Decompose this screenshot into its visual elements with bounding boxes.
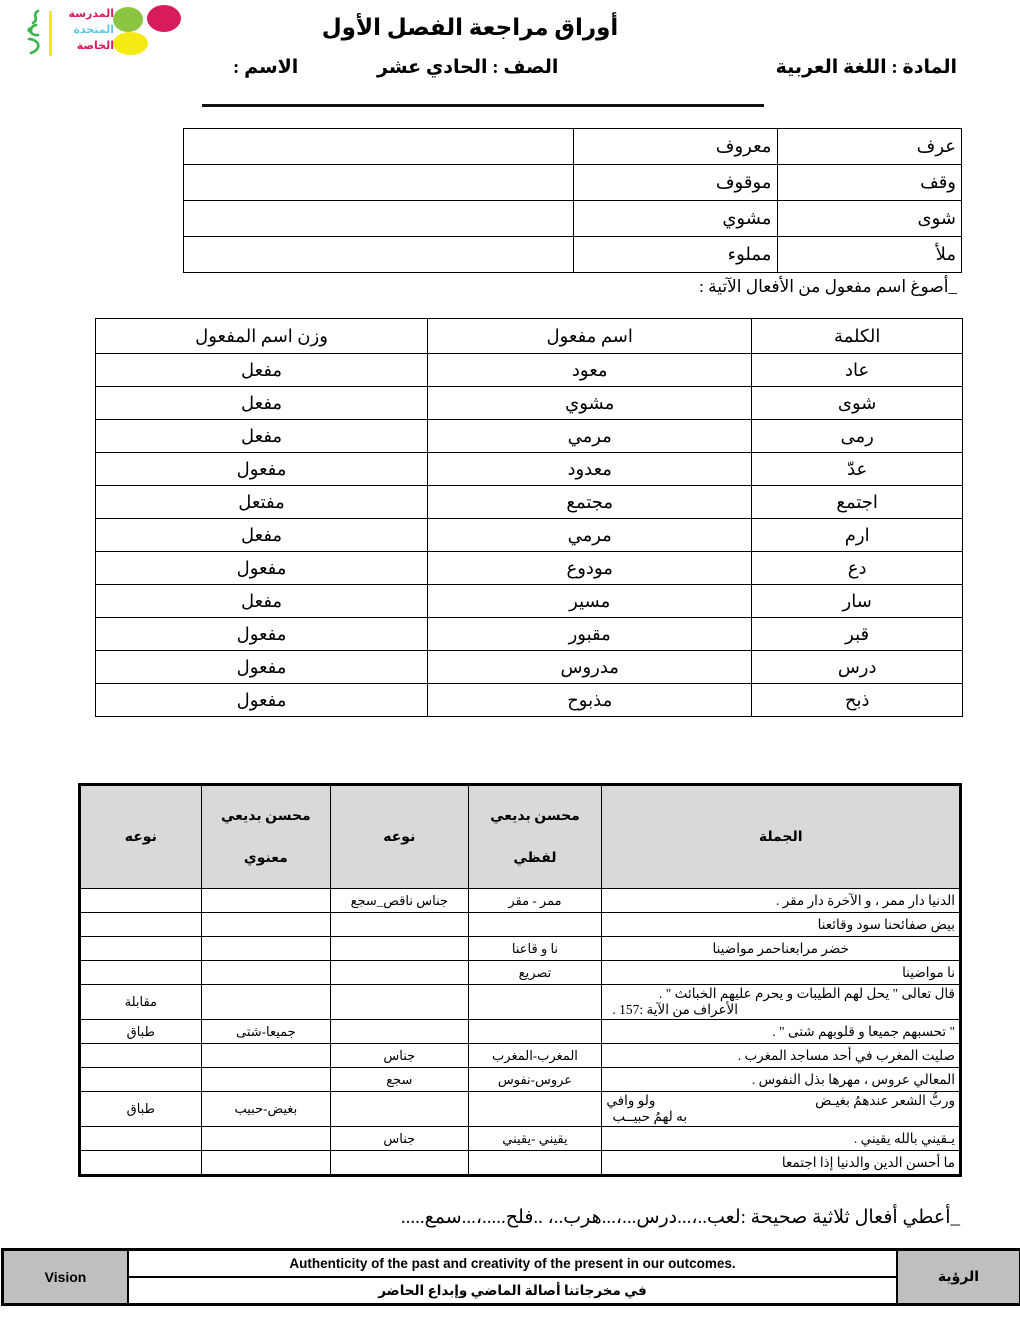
verb-participle-table-body: عرفمعروفوقفموقوفشوىمشويملأمملوء [184, 129, 962, 273]
table-header-row: الكلمةاسم مفعولوزن اسم المفعول [96, 319, 963, 354]
manawi-answer-cell [201, 1068, 331, 1092]
manawi-type-cell [80, 1127, 202, 1151]
ism-mafoul-cell: مسير [428, 585, 752, 618]
header-rule [202, 104, 764, 107]
logo-text-line: الخاصة [54, 38, 114, 54]
verb-participle-table: عرفمعروفوقفموقوفشوىمشويملأمملوء [183, 128, 962, 273]
wazn-cell: مفعول [96, 453, 428, 486]
table-row: وربُّ الشعر عندهمُ بغيـضولو وافيبه لهمُ … [80, 1092, 961, 1127]
column-header: اسم مفعول [428, 319, 752, 354]
lafzi-type-cell [331, 913, 468, 937]
sentence-cell: خضر مرابعناحمر مواضينا [602, 937, 961, 961]
sentence-cell: بيض صفائحنا سود وقائعنا [602, 913, 961, 937]
lafzi-type-cell: جناس [331, 1127, 468, 1151]
sentence-cell: يـقيني بالله يقيني . [602, 1127, 961, 1151]
lafzi-type-cell: جناس [331, 1044, 468, 1068]
worksheet-page: المدرسةالمتحدةالخاصة أوراق مراجعة الفصل … [0, 0, 1020, 1320]
manawi-type-cell [80, 937, 202, 961]
manawi-answer-cell [201, 889, 331, 913]
manawi-answer-cell [201, 1044, 331, 1068]
ism-mafoul-table-body: عادمعودمفعلشوىمشويمفعلرمىمرميمفعلعدّمعدو… [96, 354, 963, 717]
lafzi-type-cell [331, 961, 468, 985]
sentence-line1: المعالي عروس ، مهرها بذل النفوس . [606, 1072, 955, 1088]
lafzi-answer-cell [468, 1020, 602, 1044]
table-row: المعالي عروس ، مهرها بذل النفوس .عروس-نف… [80, 1068, 961, 1092]
name-label: الاسم : [233, 57, 298, 78]
rhetoric-table-body: الدنيا دار ممر ، و الآخرة دار مقر .ممر -… [80, 889, 961, 1176]
wazn-cell: مفعل [96, 387, 428, 420]
column-header: وزن اسم المفعول [96, 319, 428, 354]
vision-footer: Vision Authenticity of the past and crea… [1, 1248, 1020, 1306]
participle-cell: مملوء [573, 237, 778, 273]
sentence-line2: به لهمُ حبيــب [606, 1109, 955, 1125]
table-row: قال تعالى " يحل لهم الطيبات و يحرم عليهم… [80, 985, 961, 1020]
blank-cell [184, 165, 574, 201]
table-row: دعمودوعمفعول [96, 552, 963, 585]
manawi-type-cell [80, 889, 202, 913]
table-row: عدّمعدودمفعول [96, 453, 963, 486]
grade-label: الصف : [492, 57, 558, 78]
wazn-cell: مفعول [96, 618, 428, 651]
blank-cell [184, 201, 574, 237]
lafzi-type-cell [331, 937, 468, 961]
column-header: نوعه [331, 785, 468, 889]
sentence-cell: ما أحسن الدين والدنيا إذا اجتمعا [602, 1151, 961, 1176]
logo-text-line: المتحدة [54, 22, 114, 38]
word-cell: شوى [752, 387, 963, 420]
word-cell: درس [752, 651, 963, 684]
table-row: خضر مرابعناحمر مواضينانا و قاعنا [80, 937, 961, 961]
ism-mafoul-cell: مقبور [428, 618, 752, 651]
lafzi-answer-cell [468, 913, 602, 937]
exercise-prompt-trilateral-verbs: _أعطي أفعال ثلاثية صحيحة :لعب..،...درس..… [401, 1206, 960, 1229]
vision-statement-english: Authenticity of the past and creativity … [128, 1250, 897, 1277]
lafzi-answer-cell: يقيني -يقيني [468, 1127, 602, 1151]
sentence-line1: " تحسبهم جميعا و قلوبهم شتى " . [606, 1024, 955, 1040]
lafzi-answer-cell: المغرب-المغرب [468, 1044, 602, 1068]
logo-text: المدرسةالمتحدةالخاصة [54, 6, 114, 54]
lafzi-answer-cell [468, 1151, 602, 1176]
wazn-cell: مفعل [96, 519, 428, 552]
sentence-cell: " تحسبهم جميعا و قلوبهم شتى " . [602, 1020, 961, 1044]
sentence-line1: يـقيني بالله يقيني . [606, 1131, 955, 1147]
table-row: سارمسيرمفعل [96, 585, 963, 618]
manawi-type-cell [80, 1151, 202, 1176]
word-cell: دع [752, 552, 963, 585]
verse-first-half: وربُّ الشعر عندهمُ بغيـض [815, 1093, 955, 1109]
subject-value: اللغة العربية [776, 57, 887, 78]
ism-mafoul-cell: مرمي [428, 519, 752, 552]
sentence-cell: صليت المغرب في أحد مساجد المغرب . [602, 1044, 961, 1068]
ism-mafoul-cell: مدروس [428, 651, 752, 684]
word-cell: ذبح [752, 684, 963, 717]
ism-mafoul-cell: مذبوح [428, 684, 752, 717]
student-name-field: الاسم : [233, 56, 298, 79]
page-title: أوراق مراجعة الفصل الأول [170, 15, 770, 41]
ism-mafoul-table-head: الكلمةاسم مفعولوزن اسم المفعول [96, 319, 963, 354]
subject-field: المادة : اللغة العربية [776, 56, 957, 79]
participle-cell: موقوف [573, 165, 778, 201]
verb-cell: عرف [778, 129, 962, 165]
sentence-cell: وربُّ الشعر عندهمُ بغيـضولو وافيبه لهمُ … [602, 1092, 961, 1127]
sentence-cell: نا مواضينا [602, 961, 961, 985]
ism-mafoul-cell: معود [428, 354, 752, 387]
lafzi-type-cell [331, 1151, 468, 1176]
ism-mafoul-cell: مودوع [428, 552, 752, 585]
lafzi-answer-cell: تصريع [468, 961, 602, 985]
table-row: ارممرميمفعل [96, 519, 963, 552]
lafzi-answer-cell: ممر - مقر [468, 889, 602, 913]
manawi-answer-cell [201, 985, 331, 1020]
lafzi-answer-cell [468, 1092, 602, 1127]
manawi-answer-cell: جميعا-شتى [201, 1020, 331, 1044]
column-header: نوعه [80, 785, 202, 889]
manawi-type-cell: طباق [80, 1092, 202, 1127]
vision-label-en: Vision [3, 1250, 128, 1304]
calligraphy-mark-icon [22, 8, 48, 56]
manawi-answer-cell [201, 961, 331, 985]
sentence-cell: الدنيا دار ممر ، و الآخرة دار مقر . [602, 889, 961, 913]
manawi-answer-cell [201, 937, 331, 961]
exercise-prompt-participle: _أصوغ اسم مفعول من الأفعال الآتية : [699, 277, 957, 297]
table-row: شوىمشوي [184, 201, 962, 237]
verse-second-half: ولو وافي [606, 1093, 655, 1109]
wazn-cell: مفعول [96, 552, 428, 585]
sentence-line1: بيض صفائحنا سود وقائعنا [606, 917, 955, 933]
table-row: ملأمملوء [184, 237, 962, 273]
table-row: ذبحمذبوحمفعول [96, 684, 963, 717]
sentence-line1: صليت المغرب في أحد مساجد المغرب . [606, 1048, 955, 1064]
subject-label: المادة : [891, 57, 957, 78]
manawi-type-cell: مقابلة [80, 985, 202, 1020]
manawi-answer-cell [201, 1127, 331, 1151]
word-cell: رمى [752, 420, 963, 453]
table-row: يـقيني بالله يقيني .يقيني -يقينيجناس [80, 1127, 961, 1151]
sentence-line2: الأعراف من الآية :157 . [606, 1002, 955, 1018]
word-cell: سار [752, 585, 963, 618]
table-row: شوىمشويمفعل [96, 387, 963, 420]
ism-mafoul-cell: معدود [428, 453, 752, 486]
sentence-line1: قال تعالى " يحل لهم الطيبات و يحرم عليهم… [606, 986, 955, 1002]
grade-value: الحادي عشر [377, 57, 488, 78]
sentence-line1: الدنيا دار ممر ، و الآخرة دار مقر . [606, 893, 955, 909]
word-cell: عاد [752, 354, 963, 387]
logo-text-line: المدرسة [54, 6, 114, 22]
sentence-line1: نا مواضينا [606, 965, 955, 981]
wazn-cell: مفعل [96, 585, 428, 618]
ism-mafoul-cell: مجتمع [428, 486, 752, 519]
table-row: وقفموقوف [184, 165, 962, 201]
vision-statement-arabic: في مخرجاتنا أصالة الماضي وإبداع الحاضر [128, 1277, 897, 1304]
verb-cell: شوى [778, 201, 962, 237]
rhetoric-table-head: الجملةمحسن بديعي لفظينوعهمحسن بديعي معنو… [80, 785, 961, 889]
yellow-circle-icon [113, 32, 148, 55]
word-cell: ارم [752, 519, 963, 552]
lafzi-type-cell [331, 985, 468, 1020]
lafzi-type-cell [331, 1020, 468, 1044]
manawi-answer-cell: بغيض-حبيب [201, 1092, 331, 1127]
lafzi-type-cell: سجع [331, 1068, 468, 1092]
table-row: درسمدروسمفعول [96, 651, 963, 684]
calligraphy-strokes [29, 11, 39, 53]
sentence-line1: ما أحسن الدين والدنيا إذا اجتمعا [606, 1155, 955, 1171]
word-cell: اجتمع [752, 486, 963, 519]
verb-cell: وقف [778, 165, 962, 201]
table-row: صليت المغرب في أحد مساجد المغرب .المغرب-… [80, 1044, 961, 1068]
blank-cell [184, 129, 574, 165]
table-row: بيض صفائحنا سود وقائعنا [80, 913, 961, 937]
manawi-type-cell [80, 1068, 202, 1092]
table-row: ما أحسن الدين والدنيا إذا اجتمعا [80, 1151, 961, 1176]
lafzi-type-cell: جناس ناقص_سجع [331, 889, 468, 913]
wazn-cell: مفعول [96, 684, 428, 717]
ism-mafoul-table: الكلمةاسم مفعولوزن اسم المفعول عادمعودمف… [95, 318, 963, 717]
vision-statements: Authenticity of the past and creativity … [128, 1250, 897, 1304]
manawi-type-cell [80, 1044, 202, 1068]
participle-cell: مشوي [573, 201, 778, 237]
rhetoric-table: الجملةمحسن بديعي لفظينوعهمحسن بديعي معنو… [78, 783, 962, 1177]
vision-label-ar: الرؤية [897, 1250, 1020, 1304]
manawi-type-cell [80, 913, 202, 937]
wazn-cell: مفتعل [96, 486, 428, 519]
word-cell: قبر [752, 618, 963, 651]
sentence-cell: المعالي عروس ، مهرها بذل النفوس . [602, 1068, 961, 1092]
wazn-cell: مفعل [96, 354, 428, 387]
table-row: رمىمرميمفعل [96, 420, 963, 453]
lafzi-answer-cell: نا و قاعنا [468, 937, 602, 961]
school-logo: المدرسةالمتحدةالخاصة [20, 5, 185, 59]
column-header: الجملة [602, 785, 961, 889]
word-cell: عدّ [752, 453, 963, 486]
manawi-type-cell: طباق [80, 1020, 202, 1044]
ism-mafoul-cell: مرمي [428, 420, 752, 453]
table-row: عادمعودمفعل [96, 354, 963, 387]
grade-field: الصف : الحادي عشر [377, 56, 558, 79]
table-row: " تحسبهم جميعا و قلوبهم شتى " .جميعا-شتى… [80, 1020, 961, 1044]
table-row: قبرمقبورمفعول [96, 618, 963, 651]
logo-divider-bar [49, 11, 52, 56]
manawi-answer-cell [201, 913, 331, 937]
column-header: محسن بديعي لفظي [468, 785, 602, 889]
sentence-cell: قال تعالى " يحل لهم الطيبات و يحرم عليهم… [602, 985, 961, 1020]
column-header: محسن بديعي معنوي [201, 785, 331, 889]
table-header-row: الجملةمحسن بديعي لفظينوعهمحسن بديعي معنو… [80, 785, 961, 889]
table-row: اجتمعمجتمعمفتعل [96, 486, 963, 519]
sentence-line1: خضر مرابعناحمر مواضينا [606, 941, 955, 957]
manawi-type-cell [80, 961, 202, 985]
lafzi-type-cell [331, 1092, 468, 1127]
green-circle-icon [113, 7, 143, 32]
wazn-cell: مفعول [96, 651, 428, 684]
table-row: الدنيا دار ممر ، و الآخرة دار مقر .ممر -… [80, 889, 961, 913]
participle-cell: معروف [573, 129, 778, 165]
table-row: نا مواضيناتصريع [80, 961, 961, 985]
lafzi-answer-cell [468, 985, 602, 1020]
wazn-cell: مفعل [96, 420, 428, 453]
table-row: عرفمعروف [184, 129, 962, 165]
manawi-answer-cell [201, 1151, 331, 1176]
ism-mafoul-cell: مشوي [428, 387, 752, 420]
verb-cell: ملأ [778, 237, 962, 273]
lafzi-answer-cell: عروس-نفوس [468, 1068, 602, 1092]
blank-cell [184, 237, 574, 273]
column-header: الكلمة [752, 319, 963, 354]
